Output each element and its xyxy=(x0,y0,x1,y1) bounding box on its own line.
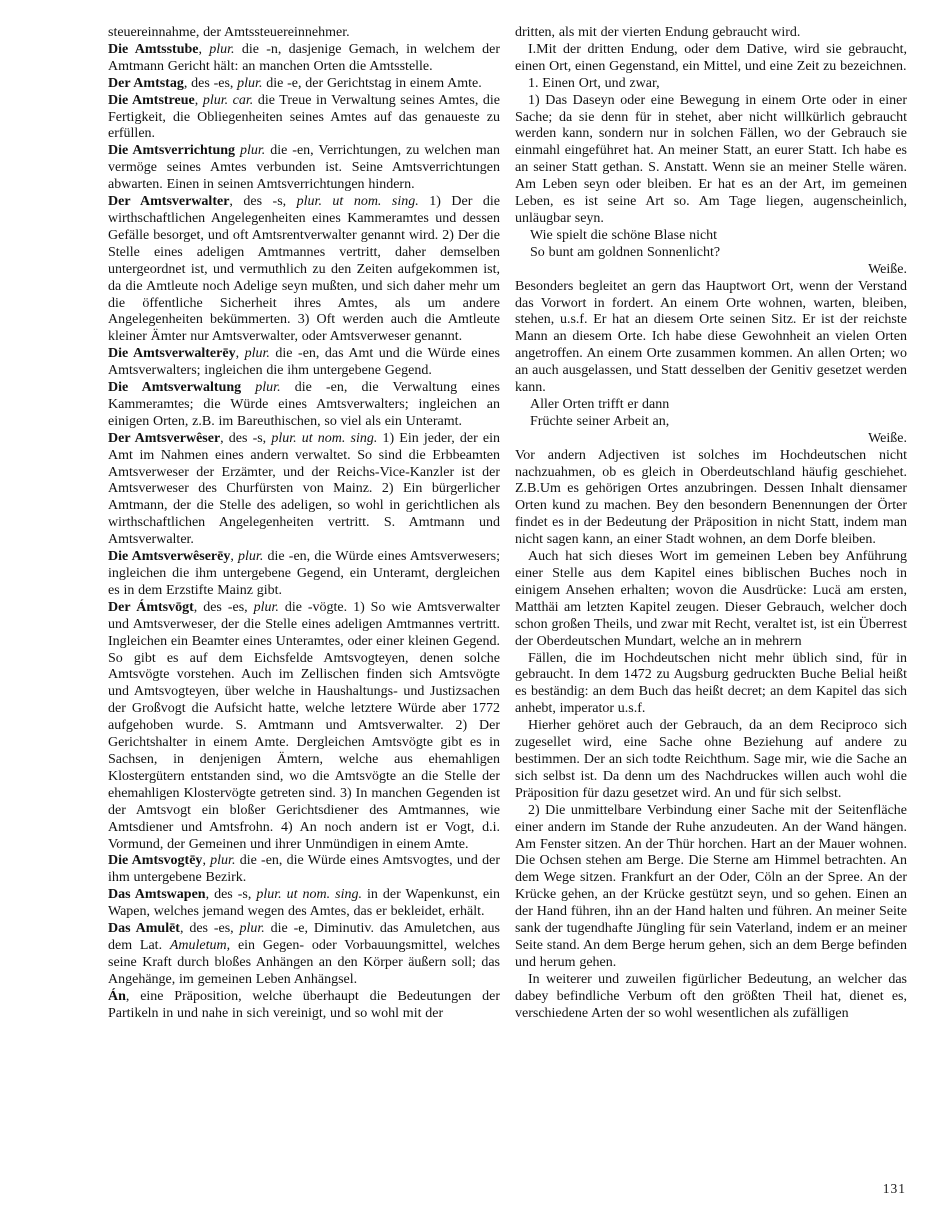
text-run: Weiße. xyxy=(868,431,907,446)
text-run: 1) Das Daseyn oder eine Bewegung in eine… xyxy=(515,93,907,226)
text-run: , des -es, xyxy=(180,921,240,936)
text-run: , des -es, xyxy=(194,600,254,615)
text-run: plur. xyxy=(237,76,262,91)
verse-line: Früchte seiner Arbeit an, xyxy=(515,414,907,431)
text-run: plur. ut nom. sing. xyxy=(297,194,419,209)
text-run: Vor andern Adjectiven ist solches im Hoc… xyxy=(515,448,907,548)
text-run: In weiterer und zuweilen figürlicher Bed… xyxy=(515,972,907,1021)
text-columns: steuereinnahme, der Amtssteuereinnehmer.… xyxy=(108,25,908,1022)
column-right: dritten, als mit der vierten Endung gebr… xyxy=(515,25,907,1022)
column-left: steuereinnahme, der Amtssteuereinnehmer.… xyxy=(108,25,500,1022)
dictionary-entry: Der Ámtsvōgt, des -es, plur. die -vögte.… xyxy=(108,600,500,854)
paragraph: I.Mit der dritten Endung, oder dem Dativ… xyxy=(515,42,907,76)
dictionary-entry: Der Amtsverwalter, des -s, plur. ut nom.… xyxy=(108,194,500,346)
attribution: Weiße. xyxy=(515,431,907,448)
headword: Án xyxy=(108,989,126,1004)
paragraph: 1) Das Daseyn oder eine Bewegung in eine… xyxy=(515,93,907,228)
verse-line: Wie spielt die schöne Blase nicht xyxy=(515,228,907,245)
paragraph: 1. Einen Ort, und zwar, xyxy=(515,76,907,93)
text-run: Hierher gehöret auch der Gebrauch, da an… xyxy=(515,718,907,801)
text-run: 1) Ein jeder, der ein Amt im Nahmen eine… xyxy=(108,431,500,547)
text-run: Wie spielt die schöne Blase nicht xyxy=(530,228,717,243)
dictionary-entry: Die Amtsverwêserēy, plur. die -en, die W… xyxy=(108,549,500,600)
dictionary-entry: Die Amtstreue, plur. car. die Treue in V… xyxy=(108,93,500,144)
text-run: So bunt am goldnen Sonnenlicht? xyxy=(530,245,720,260)
dictionary-entry: Die Amtsstube, plur. die -n, dasjenige G… xyxy=(108,42,500,76)
text-run: die -vögte. 1) So wie Amtsverwalter und … xyxy=(108,600,500,852)
text-run: dritten, als mit der vierten Endung gebr… xyxy=(515,25,800,40)
text-run: Weiße. xyxy=(868,262,907,277)
text-run: , xyxy=(195,93,203,108)
text-run: Auch hat sich dieses Wort im gemeinen Le… xyxy=(515,549,907,649)
text-run: Früchte seiner Arbeit an, xyxy=(530,414,669,429)
text-run: I.Mit der dritten Endung, oder dem Dativ… xyxy=(515,42,907,74)
text-run: Amuletum xyxy=(170,938,227,953)
headword: Der Amtstag xyxy=(108,76,184,91)
headword: Die Amtsverwaltung xyxy=(108,380,241,395)
text-run: plur. xyxy=(255,380,280,395)
dictionary-entry: Das Amulēt, des -es, plur. die -e, Dimin… xyxy=(108,921,500,989)
verse-line: Aller Orten trifft er dann xyxy=(515,397,907,414)
text-run: plur. xyxy=(240,143,265,158)
paragraph: Auch hat sich dieses Wort im gemeinen Le… xyxy=(515,549,907,650)
text-run: , des -s, xyxy=(206,887,257,902)
headword: Die Amtsverwalterēy xyxy=(108,346,236,361)
text-run: steuereinnahme, der Amtssteuereinnehmer. xyxy=(108,25,350,40)
text-run: , des -s, xyxy=(229,194,296,209)
text-run: Aller Orten trifft er dann xyxy=(530,397,669,412)
text-run: Besonders begleitet an gern das Hauptwor… xyxy=(515,279,907,395)
headword: Die Amtsverwêserēy xyxy=(108,549,230,564)
text-run: plur. xyxy=(238,549,263,564)
paragraph: 2) Die unmittelbare Verbindung einer Sac… xyxy=(515,803,907,972)
dictionary-entry: Die Amtsverwaltung plur. die -en, die Ve… xyxy=(108,380,500,431)
dictionary-page: steuereinnahme, der Amtssteuereinnehmer.… xyxy=(0,0,935,1210)
paragraph: Vor andern Adjectiven ist solches im Hoc… xyxy=(515,448,907,549)
headword: Das Amtswapen xyxy=(108,887,206,902)
text-run: , xyxy=(202,853,210,868)
headword: Die Amtsverrichtung xyxy=(108,143,235,158)
paragraph: Fällen, die im Hochdeutschen nicht mehr … xyxy=(515,651,907,719)
headword: Die Amtsstube xyxy=(108,42,199,57)
headword: Der Amtsverwalter xyxy=(108,194,229,209)
headword: Die Amtsvogtēy xyxy=(108,853,202,868)
dictionary-entry: Das Amtswapen, des -s, plur. ut nom. sin… xyxy=(108,887,500,921)
text-run: , des -es, xyxy=(184,76,237,91)
text-run: Fällen, die im Hochdeutschen nicht mehr … xyxy=(515,651,907,717)
text-run: plur. car. xyxy=(203,93,253,108)
paragraph: Besonders begleitet an gern das Hauptwor… xyxy=(515,279,907,397)
headword: Das Amulēt xyxy=(108,921,180,936)
paragraph: Hierher gehöret auch der Gebrauch, da an… xyxy=(515,718,907,803)
dictionary-entry: Der Amtsverwêser, des -s, plur. ut nom. … xyxy=(108,431,500,549)
paragraph: In weiterer und zuweilen figürlicher Bed… xyxy=(515,972,907,1023)
text-run: plur. xyxy=(245,346,270,361)
headword: Die Amtstreue xyxy=(108,93,195,108)
text-run: plur. xyxy=(240,921,265,936)
text-run xyxy=(241,380,255,395)
paragraph: steuereinnahme, der Amtssteuereinnehmer. xyxy=(108,25,500,42)
text-run: plur. xyxy=(209,42,234,57)
paragraph: dritten, als mit der vierten Endung gebr… xyxy=(515,25,907,42)
text-run: 1. Einen Ort, und zwar, xyxy=(528,76,660,91)
text-run: plur. xyxy=(254,600,279,615)
text-run: , xyxy=(236,346,245,361)
text-run: , des -s, xyxy=(220,431,271,446)
text-run: 2) Die unmittelbare Verbindung einer Sac… xyxy=(515,803,907,970)
text-run: , xyxy=(199,42,210,57)
dictionary-entry: Án, eine Präposition, welche überhaupt d… xyxy=(108,989,500,1023)
text-run: , eine Präposition, welche überhaupt die… xyxy=(108,989,500,1021)
text-run: die -e, der Gerichtstag in einem Amte. xyxy=(262,76,481,91)
text-run: plur. ut nom. sing. xyxy=(271,431,377,446)
text-run: 1) Der die wirthschaftlichen Angelegenhe… xyxy=(108,194,500,344)
text-run: plur. ut nom. sing. xyxy=(256,887,362,902)
dictionary-entry: Der Amtstag, des -es, plur. die -e, der … xyxy=(108,76,500,93)
dictionary-entry: Die Amtsvogtēy, plur. die -en, die Würde… xyxy=(108,853,500,887)
attribution: Weiße. xyxy=(515,262,907,279)
headword: Der Ámtsvōgt xyxy=(108,600,194,615)
verse-line: So bunt am goldnen Sonnenlicht? xyxy=(515,245,907,262)
page-number: 131 xyxy=(883,1181,906,1197)
dictionary-entry: Die Amtsverwalterēy, plur. die -en, das … xyxy=(108,346,500,380)
headword: Der Amtsverwêser xyxy=(108,431,220,446)
text-run: plur. xyxy=(210,853,235,868)
dictionary-entry: Die Amtsverrichtung plur. die -en, Verri… xyxy=(108,143,500,194)
text-run: , xyxy=(230,549,238,564)
